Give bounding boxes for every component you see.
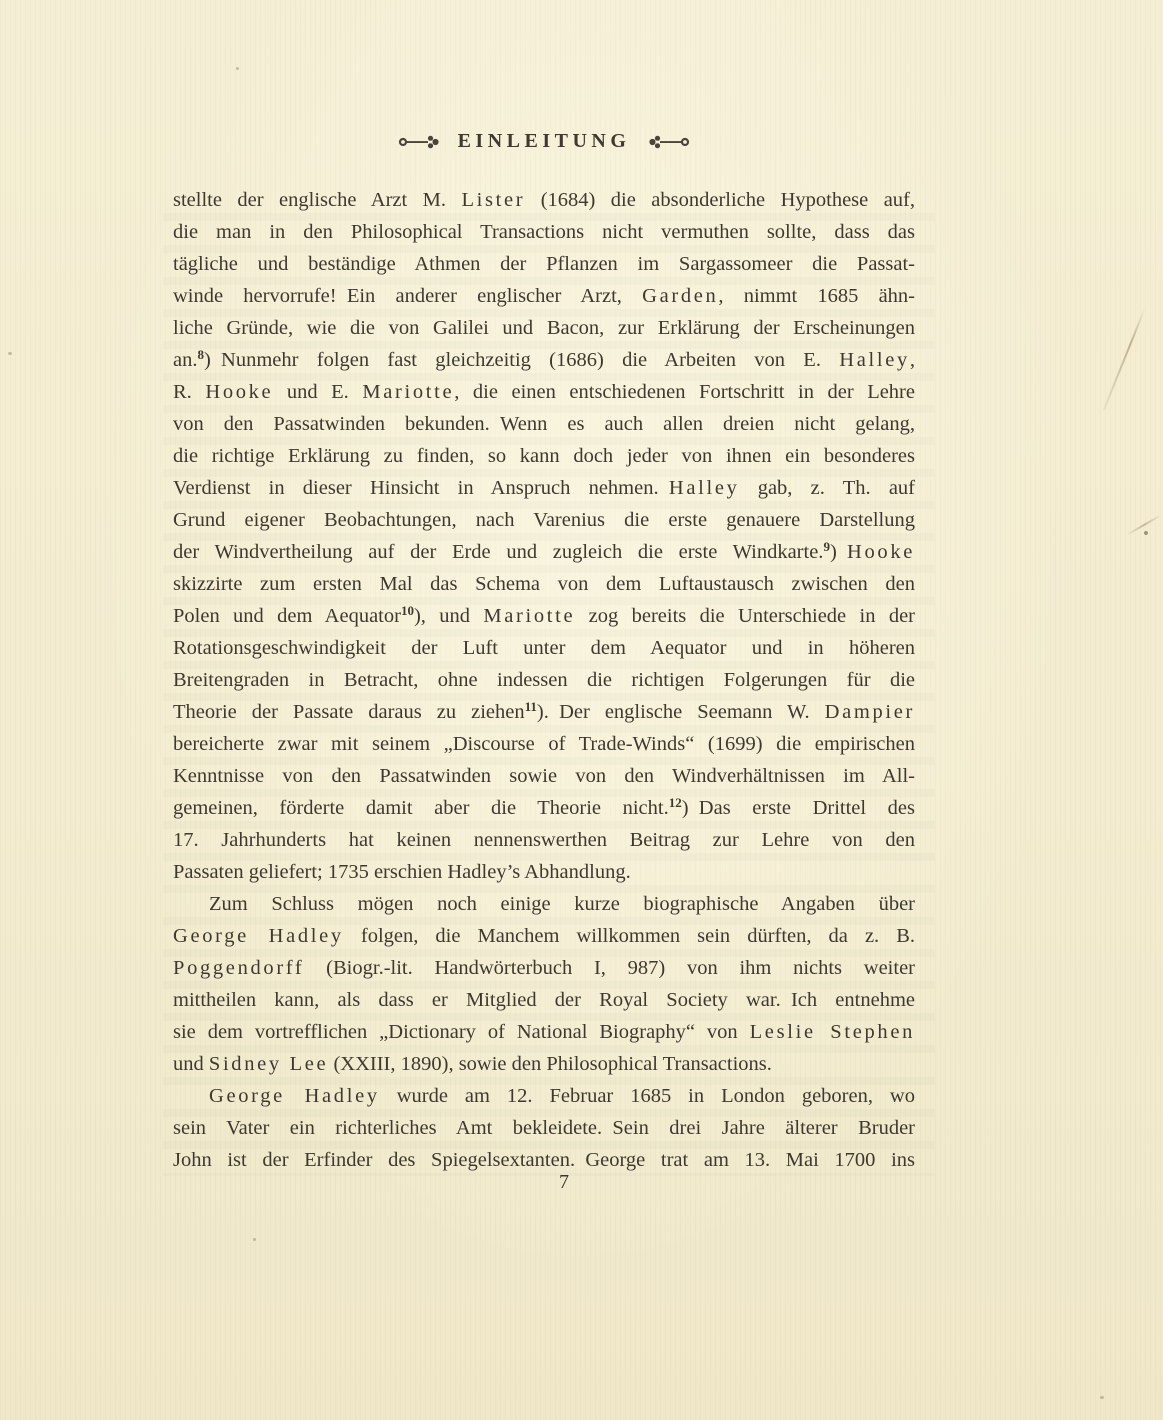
text-line: Grund eigener Beobachtungen, nach Vareni… (173, 504, 915, 536)
page-title: EINLEITUNG (458, 130, 631, 153)
person-name: Halley (839, 349, 910, 371)
person-name: Hooke (847, 541, 915, 563)
text-line: Breitengraden in Betracht, ohne indessen… (173, 664, 915, 696)
person-name: Dampier (825, 701, 915, 723)
scan-speck (8, 352, 12, 355)
text-line: sein Vater ein richterliches Amt bekleid… (173, 1112, 915, 1144)
footnote-ref: 12 (669, 795, 682, 810)
text-line: von den Passatwinden bekunden. Wenn es a… (173, 408, 915, 440)
text-line: George Hadley wurde am 12. Februar 1685 … (173, 1080, 915, 1112)
person-name: Mariotte (483, 605, 575, 627)
footnote-ref: 10 (401, 603, 414, 618)
person-name: Sidney Lee (209, 1053, 328, 1075)
text-line: die man in den Philosophical Transaction… (173, 216, 915, 248)
body-text: stellte der englische Arzt M. Lister (16… (173, 184, 915, 1176)
text-line: Poggendorff (Biogr.-lit. Handwörterbuch … (173, 952, 915, 984)
person-name: Garden (642, 285, 718, 307)
footnote-ref: 11 (525, 699, 537, 714)
text-line: Verdienst in dieser Hinsicht in Anspruch… (173, 472, 915, 504)
page-header: EINLEITUNG (173, 130, 915, 153)
person-name: George Hadley (173, 925, 344, 947)
person-name: George Hadley (209, 1085, 380, 1107)
text-line: gemeinen, förderte damit aber die Theori… (173, 792, 915, 824)
text-line: winde hervorrufe! Ein anderer englischer… (173, 280, 915, 312)
text-line: Theorie der Passate daraus zu ziehen11).… (173, 696, 915, 728)
header-flourish-left-icon (398, 134, 442, 150)
scan-speck (253, 1238, 256, 1241)
text-line: bereicherte zwar mit seinem „Discourse o… (173, 728, 915, 760)
footnote-ref: 8 (197, 347, 204, 362)
text-line: George Hadley folgen, die Manchem willko… (173, 920, 915, 952)
text-line: Passaten geliefert; 1735 erschien Hadley… (173, 856, 915, 888)
book-page: EINLEITUNG stellte der englische Arzt M.… (0, 0, 1163, 1420)
scan-speck (1100, 1396, 1104, 1399)
text-line: sie dem vortrefflichen „Dictionary of Na… (173, 1016, 915, 1048)
text-line: mittheilen kann, als dass er Mitglied de… (173, 984, 915, 1016)
text-line: Kenntnisse von den Passatwinden sowie vo… (173, 760, 915, 792)
text-line: Polen und dem Aequator10), und Mariotte … (173, 600, 915, 632)
text-line: und Sidney Lee (XXIII, 1890), sowie den … (173, 1048, 915, 1080)
person-name: Lister (461, 189, 525, 211)
person-name: Halley (669, 477, 740, 499)
text-line: 17. Jahrhunderts hat keinen nennenswerth… (173, 824, 915, 856)
person-name: Mariotte (362, 381, 454, 403)
text-line: an.8) Nunmehr folgen fast gleichzeitig (… (173, 344, 915, 376)
scan-speck (236, 67, 239, 70)
person-name: Hooke (205, 381, 273, 403)
text-line: tägliche und beständige Athmen der Pflan… (173, 248, 915, 280)
text-line: stellte der englische Arzt M. Lister (16… (173, 184, 915, 216)
person-name: Leslie Stephen (750, 1021, 915, 1043)
text-line: Zum Schluss mögen noch einige kurze biog… (173, 888, 915, 920)
text-line: R. Hooke und E. Mariotte, die einen ents… (173, 376, 915, 408)
page-number: 7 (173, 1166, 915, 1198)
text-line: skizzirte zum ersten Mal das Schema von … (173, 568, 915, 600)
scan-scratch (1103, 308, 1146, 411)
scan-speck (1144, 531, 1148, 535)
text-line: liche Gründe, wie die von Galilei und Ba… (173, 312, 915, 344)
text-line: Rotationsgeschwindigkeit der Luft unter … (173, 632, 915, 664)
person-name: Poggendorff (173, 957, 304, 979)
header-flourish-right-icon (646, 134, 690, 150)
text-line: der Windvertheilung auf der Erde und zug… (173, 536, 915, 568)
text-line: die richtige Erklärung zu finden, so kan… (173, 440, 915, 472)
footnote-ref: 9 (823, 539, 830, 554)
